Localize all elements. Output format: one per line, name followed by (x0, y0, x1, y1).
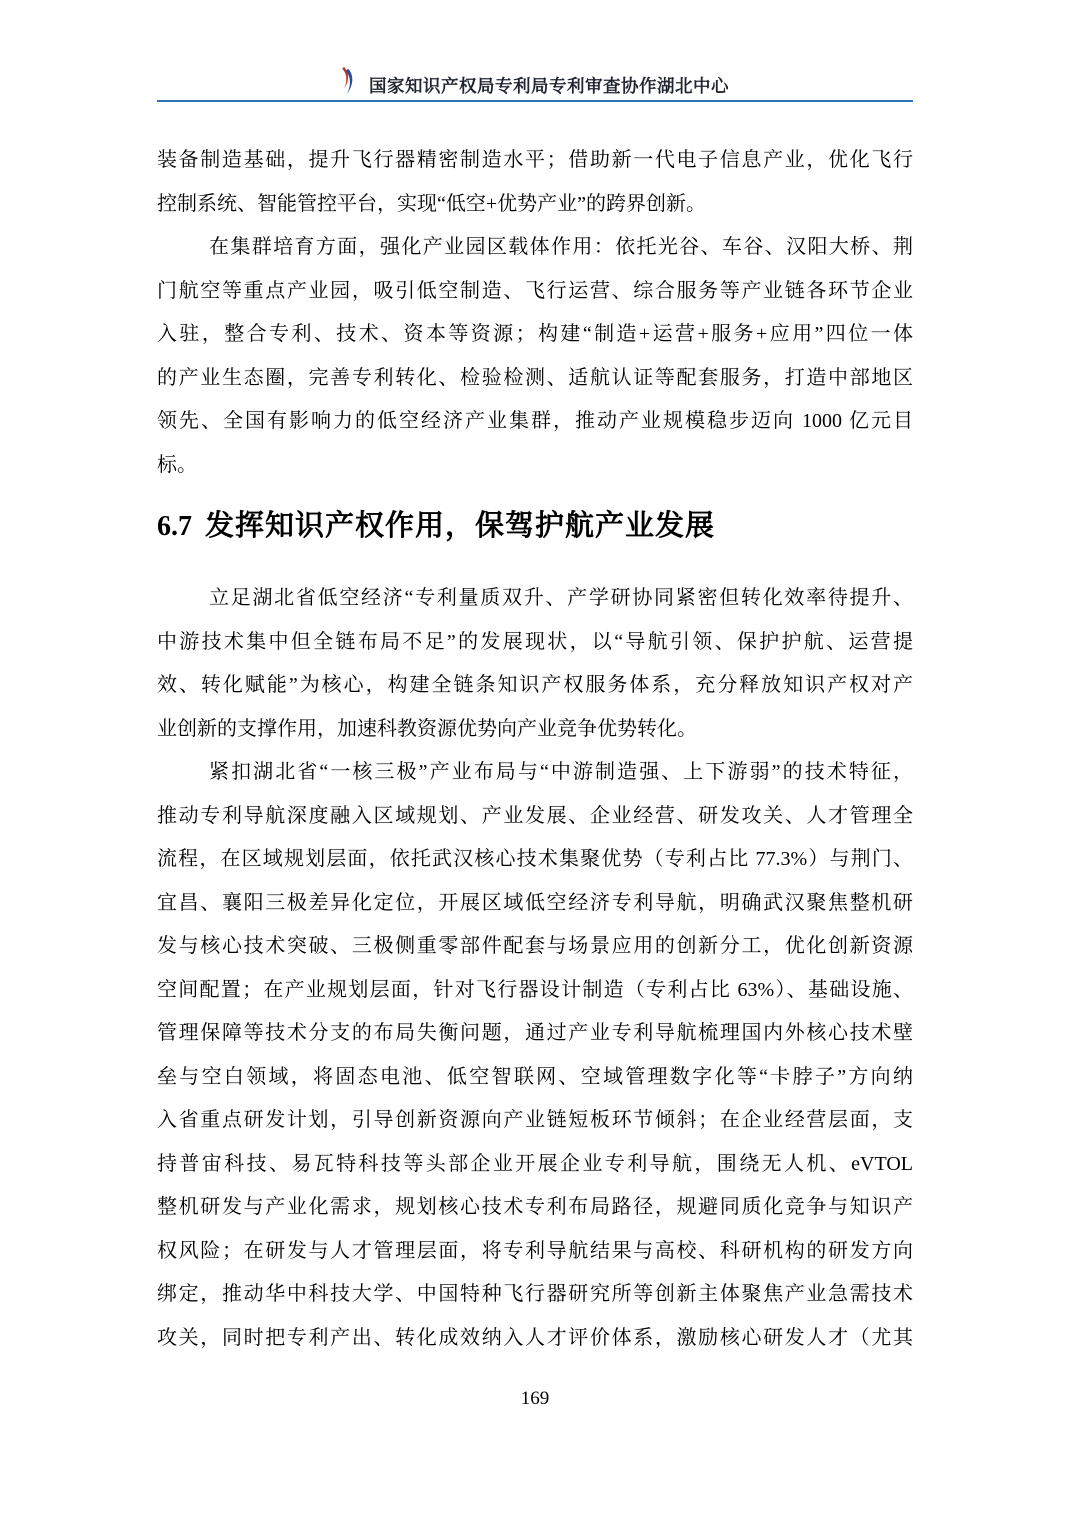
section-number: 6.7 (157, 507, 192, 547)
paragraph: 紧扣湖北省“一核三极”产业布局与“中游制造强、上下游弱”的技术特征， 推动专利导… (157, 751, 913, 1360)
text-line: 业创新的支撑作用，加速科教资源优势向产业竞争优势转化。 (157, 708, 913, 752)
text-line: 标。 (157, 444, 913, 488)
section-title: 发挥知识产权作用，保驾护航产业发展 (205, 506, 715, 546)
header-title: 国家知识产权局专利局专利审查协作湖北中心 (369, 77, 729, 96)
text-line: 中游技术集中但全链布局不足”的发展现状，以“导航引领、保护护航、运营提 (157, 621, 913, 665)
text-line: 门航空等重点产业园，吸引低空制造、飞行运营、综合服务等产业链各环节企业 (157, 270, 913, 314)
section-heading: 6.7 发挥知识产权作用，保驾护航产业发展 (157, 487, 913, 577)
paragraph: 立足湖北省低空经济“专利量质双升、产学研协同紧密但转化效率待提升、 中游技术集中… (157, 577, 913, 751)
text-line: 入驻，整合专利、技术、资本等资源；构建“制造+运营+服务+应用”四位一体 (157, 313, 913, 357)
text-line: 的产业生态圈，完善专利转化、检验检测、适航认证等配套服务，打造中部地区 (157, 357, 913, 401)
text-line: 管理保障等技术分支的布局失衡问题，通过产业专利导航梳理国内外核心技术壁 (157, 1012, 913, 1056)
text-line: 效、转化赋能”为核心，构建全链条知识产权服务体系，充分释放知识产权对产 (157, 664, 913, 708)
text-line: 入省重点研发计划，引导创新资源向产业链短板环节倾斜；在企业经营层面，支 (157, 1099, 913, 1143)
text-line: 持普宙科技、易瓦特科技等头部企业开展企业专利导航，围绕无人机、eVTOL (157, 1143, 913, 1187)
text-line: 在集群培育方面，强化产业园区载体作用：依托光谷、车谷、汉阳大桥、荆 (157, 226, 913, 270)
text-line: 装备制造基础，提升飞行器精密制造水平；借助新一代电子信息产业，优化飞行 (157, 139, 913, 183)
text-line: 空间配置；在产业规划层面，针对飞行器设计制造（专利占比 63%）、基础设施、 (157, 969, 913, 1013)
text-line: 流程，在区域规划层面，依托武汉核心技术集聚优势（专利占比 77.3%）与荆门、 (157, 838, 913, 882)
text-line: 控制系统、智能管控平台，实现“低空+优势产业”的跨界创新。 (157, 183, 913, 227)
text-line: 领先、全国有影响力的低空经济产业集群，推动产业规模稳步迈向 1000 亿元目 (157, 400, 913, 444)
text-line: 立足湖北省低空经济“专利量质双升、产学研协同紧密但转化效率待提升、 (157, 577, 913, 621)
body-text: 装备制造基础，提升飞行器精密制造水平；借助新一代电子信息产业，优化飞行 控制系统… (157, 139, 913, 1360)
text-line: 紧扣湖北省“一核三极”产业布局与“中游制造强、上下游弱”的技术特征， (157, 751, 913, 795)
text-line: 绑定，推动华中科技大学、中国特种飞行器研究所等创新主体聚焦产业急需技术 (157, 1273, 913, 1317)
text-line: 推动专利导航深度融入区域规划、产业发展、企业经营、研发攻关、人才管理全 (157, 795, 913, 839)
paragraph: 装备制造基础，提升飞行器精密制造水平；借助新一代电子信息产业，优化飞行 控制系统… (157, 139, 913, 226)
text-line: 权风险；在研发与人才管理层面，将专利导航结果与高校、科研机构的研发方向 (157, 1230, 913, 1274)
paragraph: 在集群培育方面，强化产业园区载体作用：依托光谷、车谷、汉阳大桥、荆 门航空等重点… (157, 226, 913, 487)
text-line: 发与核心技术突破、三极侧重零部件配套与场景应用的创新分工，优化创新资源 (157, 925, 913, 969)
text-line: 整机研发与产业化需求，规划核心技术专利布局路径，规避同质化竞争与知识产 (157, 1186, 913, 1230)
page-header: 国家知识产权局专利局专利审查协作湖北中心 (157, 0, 913, 102)
document-page: 国家知识产权局专利局专利审查协作湖北中心 装备制造基础，提升飞行器精密制造水平；… (0, 0, 1074, 1411)
page-footer: 169 (157, 1387, 913, 1411)
text-line: 垒与空白领域，将固态电池、低空智联网、空域管理数字化等“卡脖子”方向纳 (157, 1056, 913, 1100)
text-line: 攻关，同时把专利产出、转化成效纳入人才评价体系，激励核心研发人才（尤其 (157, 1317, 913, 1361)
text-line: 宜昌、襄阳三极差异化定位，开展区域低空经济专利导航，明确武汉聚焦整机研 (157, 882, 913, 926)
cnipa-logo-icon (341, 66, 356, 95)
page-number: 169 (521, 1388, 550, 1409)
